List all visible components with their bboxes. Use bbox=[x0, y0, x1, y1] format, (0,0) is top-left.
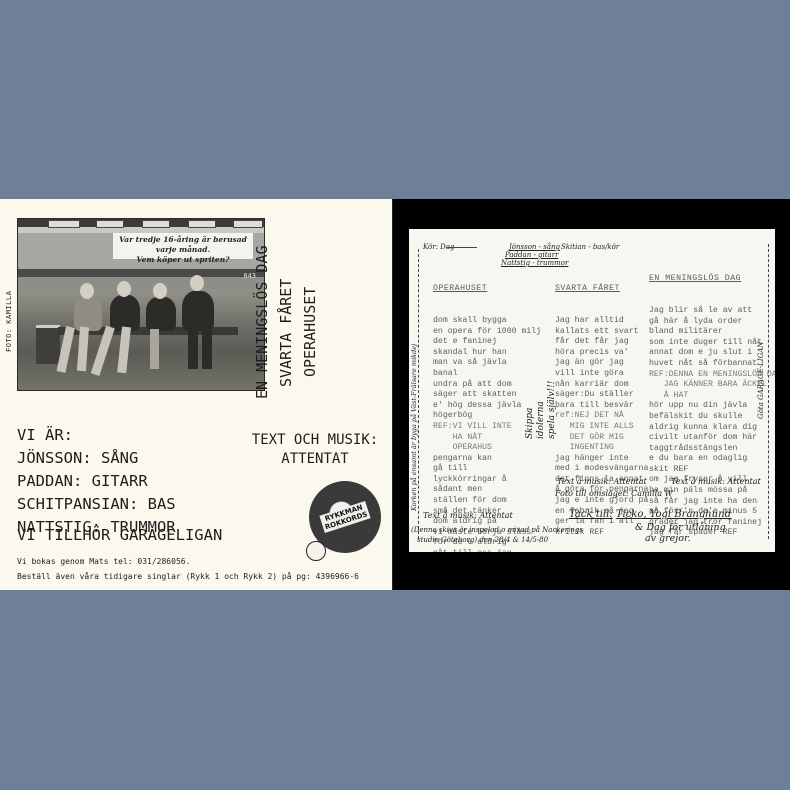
lyric-line: pengarna kan bbox=[433, 454, 541, 465]
lyric-line: så får jag inte ha den bbox=[649, 497, 775, 508]
lyric-line: med i modesvängarna bbox=[555, 464, 648, 475]
lyric-line: nån karriär dom bbox=[555, 380, 648, 391]
lyric-line: skit REF bbox=[649, 465, 775, 476]
lyric-line: MIG INTE ALLS bbox=[555, 422, 648, 433]
recording-note: studio Göteborg) den 28/4 & 14/5-80 bbox=[417, 536, 548, 544]
lyric-sheet: Kör: Dag Jönsson - sång Paddan - gitarr … bbox=[409, 229, 775, 552]
lyric-line: jag än gör jag bbox=[555, 358, 648, 369]
lyric-line: kallats ett svart bbox=[555, 327, 648, 338]
members-heading: VI ÄR: bbox=[17, 424, 176, 447]
thanks-note: av grejor. bbox=[645, 533, 690, 544]
lineup-note: Paddan - gitarr bbox=[505, 251, 558, 259]
member: JÖNSSON: SÅNG bbox=[17, 447, 176, 470]
lyric-line: banal bbox=[433, 369, 541, 380]
lyric-line: sådant men bbox=[433, 485, 541, 496]
member: SCHITPANSIAN: BAS bbox=[17, 493, 176, 516]
right-margin-note: Göta GARAGE-LIGAN bbox=[757, 342, 765, 419]
song-title: SVARTA FÅRET bbox=[274, 209, 298, 399]
lyric-line: säger:Du ställer bbox=[555, 390, 648, 401]
lyric-line: gå till bbox=[433, 464, 541, 475]
lyric-line: ställen för dom bbox=[433, 496, 541, 507]
lineup-note: Skitian - bas/kör bbox=[561, 243, 619, 251]
lineup-note: Jönsson - sång bbox=[509, 243, 560, 251]
lyrics-title: OPERAHUSET bbox=[433, 284, 541, 295]
lyric-line: civilt utanför dom här bbox=[649, 433, 775, 444]
lyric-line: får det får jag bbox=[555, 337, 648, 348]
song-list: EN MENINGSLÖS DAG SVARTA FÅRET OPERAHUSE… bbox=[250, 209, 322, 399]
lyric-line: taggtrådsstängslen bbox=[649, 444, 775, 455]
credit-note: Text å musik: Attentat bbox=[671, 477, 761, 486]
album-sleeve-strip: Var tredje 16-åring är berusad varje mån… bbox=[0, 199, 790, 590]
photo-credit: FOTO: KAMILLA bbox=[5, 291, 13, 352]
lyric-line: INGENTING bbox=[555, 443, 648, 454]
lyric-line: lyckkörringar å bbox=[433, 475, 541, 486]
thanks-note: & Dag för utlåning bbox=[635, 522, 726, 533]
lyric-line: höra precis va' bbox=[555, 348, 648, 359]
back-cover: Var tredje 16-åring är berusad varje mån… bbox=[0, 199, 393, 590]
recording-note: (Denna skiva är inspelad o mixad på Nack… bbox=[411, 526, 583, 534]
order-info: Beställ även våra tidigare singlar (Rykk… bbox=[17, 572, 359, 581]
song-title: OPERAHUSET bbox=[298, 209, 322, 399]
lyric-line: ref:NEJ DET NÅ bbox=[555, 411, 648, 422]
lyric-line: DET GÖR MIG bbox=[555, 433, 648, 444]
photo-credit-note: Foto till omslaget: Camilla W bbox=[555, 489, 673, 498]
lyric-line: aldrig kunna klara dig bbox=[649, 423, 775, 434]
lyric-line: e du bara en odaglig bbox=[649, 454, 775, 465]
lyric-line: man va så jävla bbox=[433, 358, 541, 369]
lyric-line: det e faninej bbox=[433, 337, 541, 348]
lyrics-title: EN MENINGSLÖS DAG bbox=[649, 274, 775, 285]
lyric-line: en opera för 1000 milj bbox=[433, 327, 541, 338]
songwriting-credits: TEXT OCH MUSIK: ATTENTAT bbox=[240, 431, 390, 469]
lyric-line: bara till besvär bbox=[555, 401, 648, 412]
member: PADDAN: GITARR bbox=[17, 470, 176, 493]
lyric-line: jag hänger inte bbox=[555, 454, 648, 465]
lyric-line: Jag blir så le av att bbox=[649, 306, 775, 317]
left-margin-note: Korken på ensamt är byga på Väst-Frälsar… bbox=[410, 344, 418, 511]
lyric-line: Jag har alltid bbox=[555, 316, 648, 327]
lyric-line: dom skall bygga bbox=[433, 316, 541, 327]
lyrics-title: SVARTA FÅRET bbox=[555, 284, 648, 295]
song-title: EN MENINGSLÖS DAG bbox=[250, 209, 274, 399]
trash-bin bbox=[36, 325, 60, 364]
lyric-line: bland militärer bbox=[649, 327, 775, 338]
record-label-logo: RYKKMANROKKORDS bbox=[309, 481, 381, 553]
thanks-note: Tack till: Ticko, Yogi Branghund bbox=[569, 509, 731, 520]
lyric-line: OPERAHUS bbox=[433, 443, 541, 454]
credit-note: Text å musik: Attentat bbox=[557, 477, 647, 486]
lyric-line: skandal hur han bbox=[433, 348, 541, 359]
lyric-line: gå här å lyda order bbox=[649, 317, 775, 328]
face-doodle-icon bbox=[306, 541, 326, 561]
booking-info: Vi bokas genom Mats tel: 031/286056. bbox=[17, 557, 190, 566]
band-members: VI ÄR: JÖNSSON: SÅNG PADDAN: GITARR SCHI… bbox=[17, 424, 176, 539]
lyric-line: nåt till oss jag bbox=[433, 549, 541, 552]
lyric-line: vill inte göra bbox=[555, 369, 648, 380]
band-photo: Var tredje 16-åring är berusad varje mån… bbox=[17, 218, 265, 391]
skip-idols-note: Skippa idolerna spela själv!!! bbox=[525, 379, 558, 439]
credit-note: Text å musik: Attentat bbox=[423, 511, 513, 520]
bus-advert: Var tredje 16-åring är berusad varje mån… bbox=[113, 233, 253, 259]
margin-line bbox=[418, 249, 419, 539]
league-statement: VI TILLHÖR GARAGELIGAN bbox=[17, 526, 222, 544]
